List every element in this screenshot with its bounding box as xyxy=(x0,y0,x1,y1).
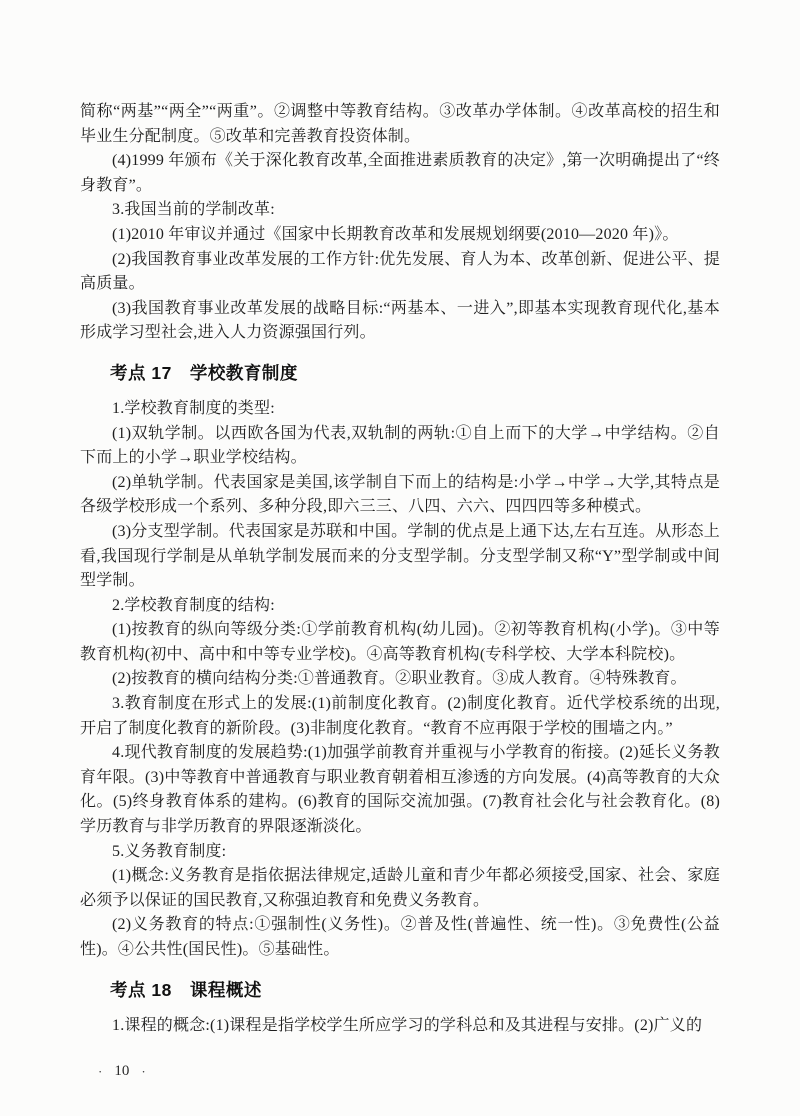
paragraph: (2)按教育的横向结构分类:①普通教育。②职业教育。③成人教育。④特殊教育。 xyxy=(80,667,720,692)
section-heading-kaodian-18: 考点 18课程概述 xyxy=(80,978,720,1003)
paragraph: (2)我国教育事业改革发展的工作方针:优先发展、育人为本、改革创新、促进公平、提… xyxy=(80,248,720,297)
paragraph: (1)按教育的纵向等级分类:①学前教育机构(幼儿园)。②初等教育机构(小学)。③… xyxy=(80,618,720,667)
section-heading-kaodian-17: 考点 17学校教育制度 xyxy=(80,361,720,386)
paragraph: 3.我国当前的学制改革: xyxy=(80,198,720,223)
paragraph: 1.课程的概念:(1)课程是指学校学生所应学习的学科总和及其进程与安排。(2)广… xyxy=(80,1014,720,1039)
paragraph: (1)概念:义务教育是指依据法律规定,适龄儿童和青少年都必须接受,国家、社会、家… xyxy=(80,864,720,913)
paragraph: (2)义务教育的特点:①强制性(义务性)。②普及性(普遍性、统一性)。③免费性(… xyxy=(80,913,720,962)
footer-dot-right: · xyxy=(141,1064,145,1080)
heading-title: 课程概述 xyxy=(190,980,262,1000)
heading-number: 考点 18 xyxy=(110,980,172,1000)
book-page: 简称“两基”“两全”“两重”。②调整中等教育结构。③改革办学体制。④改革高校的招… xyxy=(0,0,800,1116)
paragraph: 4.现代教育制度的发展趋势:(1)加强学前教育并重视与小学教育的衔接。(2)延长… xyxy=(80,741,720,839)
paragraph: 1.学校教育制度的类型: xyxy=(80,397,720,422)
paragraph: (1)双轨学制。以西欧各国为代表,双轨制的两轨:①自上而下的大学→中学结构。②自… xyxy=(80,422,720,471)
paragraph: (4)1999 年颁布《关于深化教育改革,全面推进素质教育的决定》,第一次明确提… xyxy=(80,149,720,198)
page-number: 10 xyxy=(114,1063,129,1080)
heading-title: 学校教育制度 xyxy=(190,363,298,383)
paragraph: 3.教育制度在形式上的发展:(1)前制度化教育。(2)制度化教育。近代学校系统的… xyxy=(80,692,720,741)
heading-number: 考点 17 xyxy=(110,363,172,383)
page-footer: · 10 · xyxy=(98,1063,146,1080)
paragraph: 2.学校教育制度的结构: xyxy=(80,594,720,619)
paragraph: (3)分支型学制。代表国家是苏联和中国。学制的优点是上通下达,左右互连。从形态上… xyxy=(80,520,720,594)
paragraph: (3)我国教育事业改革发展的战略目标:“两基本、一进入”,即基本实现教育现代化,… xyxy=(80,297,720,346)
paragraph: 5.义务教育制度: xyxy=(80,840,720,865)
paragraph: 简称“两基”“两全”“两重”。②调整中等教育结构。③改革办学体制。④改革高校的招… xyxy=(80,100,720,149)
footer-dot-left: · xyxy=(98,1064,102,1080)
paragraph: (2)单轨学制。代表国家是美国,该学制自下而上的结构是:小学→中学→大学,其特点… xyxy=(80,471,720,520)
paragraph: (1)2010 年审议并通过《国家中长期教育改革和发展规划纲要(2010—202… xyxy=(80,223,720,248)
page-content: 简称“两基”“两全”“两重”。②调整中等教育结构。③改革办学体制。④改革高校的招… xyxy=(80,100,720,1038)
